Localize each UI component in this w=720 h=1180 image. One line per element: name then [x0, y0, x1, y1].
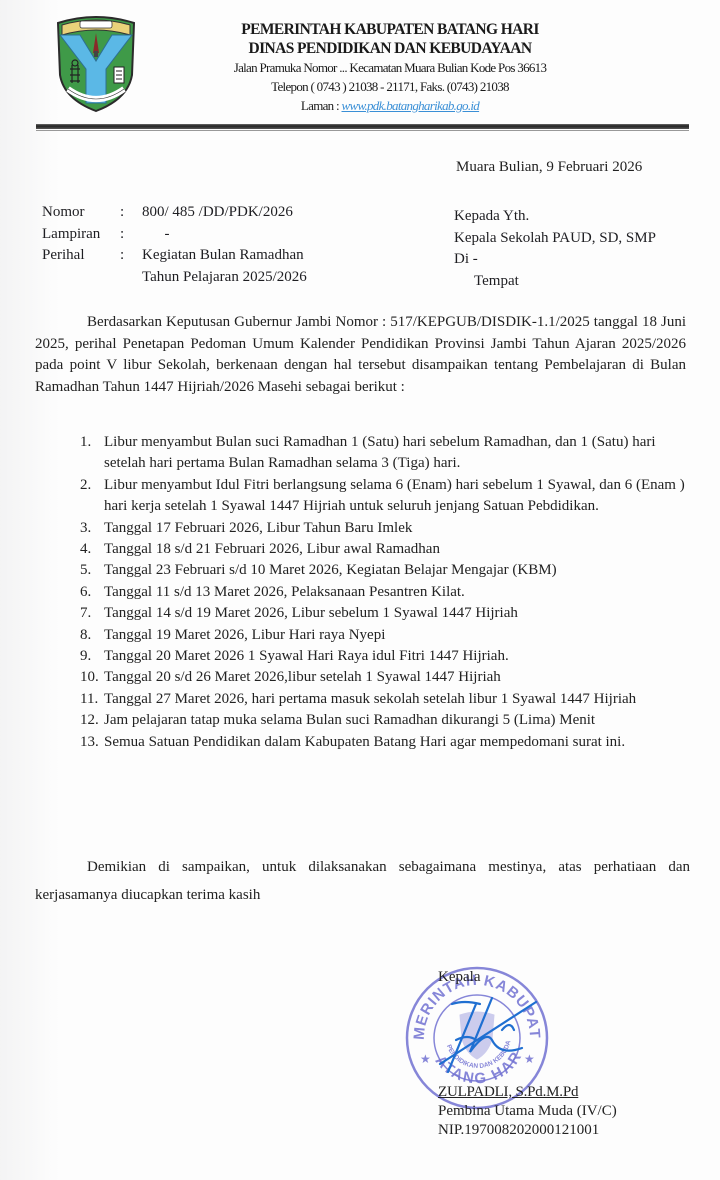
recipient-block: Kepada Yth. Kepala Sekolah PAUD, SD, SMP…: [454, 206, 656, 292]
list-item-number: 12.: [80, 710, 104, 731]
list-item-text: Libur menyambut Bulan suci Ramadhan 1 (S…: [104, 432, 686, 475]
list-item: 9.Tanggal 20 Maret 2026 1 Syawal Hari Ra…: [80, 646, 686, 667]
signatory-title: Kepala: [438, 967, 480, 987]
intro-paragraph: Berdasarkan Keputusan Gubernur Jambi Nom…: [35, 312, 686, 398]
list-item: 4.Tanggal 18 s/d 21 Februari 2026, Libur…: [80, 539, 686, 560]
meta-row-number: Nomor : 800/ 485 /DD/PDK/2026: [42, 202, 307, 224]
meta-row-subject: Perihal : Kegiatan Bulan Ramadhan: [42, 245, 307, 267]
list-item-text: Tanggal 19 Maret 2026, Libur Hari raya N…: [104, 625, 686, 646]
list-item: 5.Tanggal 23 Februari s/d 10 Maret 2026,…: [80, 560, 686, 581]
regency-coat-of-arms-icon: [50, 13, 142, 113]
letterhead-divider: [36, 124, 689, 129]
intro-text: Berdasarkan Keputusan Gubernur Jambi Nom…: [35, 312, 686, 398]
list-item: 6.Tanggal 11 s/d 13 Maret 2026, Pelaksan…: [80, 582, 686, 603]
list-item-number: 5.: [80, 560, 104, 581]
list-item-text: Libur menyambut Idul Fitri berlangsung s…: [104, 475, 686, 518]
signatory-nip: NIP.197008202000121001: [438, 1121, 617, 1140]
agency-website-line: Laman : www.pdk.batangharikab.go.id: [180, 96, 600, 115]
meta-label: Lampiran: [42, 224, 120, 246]
closing-paragraph: Demikian di sampaikan, untuk dilaksanaka…: [35, 853, 690, 909]
list-item-text: Jam pelajaran tatap muka selama Bulan su…: [104, 710, 686, 731]
meta-separator: :: [120, 202, 142, 224]
list-item: 11.Tanggal 27 Maret 2026, hari pertama m…: [80, 689, 686, 710]
list-item: 13.Semua Satuan Pendidikan dalam Kabupat…: [80, 732, 686, 753]
list-item-text: Tanggal 27 Maret 2026, hari pertama masu…: [104, 689, 686, 710]
agency-phone: Telepon ( 0743 ) 21038 - 21171, Faks. (0…: [180, 77, 600, 96]
list-item-number: 3.: [80, 518, 104, 539]
recipient-salutation: Kepada Yth.: [454, 206, 656, 228]
handwritten-signature-icon: [430, 990, 550, 1080]
meta-row-subject-cont: Tahun Pelajaran 2025/2026: [42, 267, 307, 289]
letterhead-divider-thin: [36, 130, 689, 131]
website-label: Laman :: [301, 98, 342, 113]
letterhead: PEMERINTAH KABUPATEN BATANG HARI DINAS P…: [180, 20, 600, 115]
scan-shadow: [0, 0, 60, 1180]
meta-label: Nomor: [42, 202, 120, 224]
list-item-number: 13.: [80, 732, 104, 753]
website-link[interactable]: www.pdk.batangharikab.go.id: [342, 98, 480, 113]
list-item-number: 9.: [80, 646, 104, 667]
list-item-number: 2.: [80, 475, 104, 518]
schedule-list: 1.Libur menyambut Bulan suci Ramadhan 1 …: [80, 432, 686, 753]
list-item-text: Tanggal 18 s/d 21 Februari 2026, Libur a…: [104, 539, 686, 560]
list-item: 12.Jam pelajaran tatap muka selama Bulan…: [80, 710, 686, 731]
list-item: 8.Tanggal 19 Maret 2026, Libur Hari raya…: [80, 625, 686, 646]
list-item: 1.Libur menyambut Bulan suci Ramadhan 1 …: [80, 432, 686, 475]
meta-row-attachment: Lampiran : -: [42, 224, 307, 246]
letter-metadata: Nomor : 800/ 485 /DD/PDK/2026 Lampiran :…: [42, 202, 307, 288]
list-item-text: Tanggal 14 s/d 19 Maret 2026, Libur sebe…: [104, 603, 686, 624]
recipient-name: Kepala Sekolah PAUD, SD, SMP: [454, 228, 656, 250]
meta-label: [42, 267, 120, 289]
list-item-number: 11.: [80, 689, 104, 710]
closing-text: Demikian di sampaikan, untuk dilaksanaka…: [35, 853, 690, 909]
meta-label: Perihal: [42, 245, 120, 267]
meta-separator: :: [120, 224, 142, 246]
recipient-location-prefix: Di -: [454, 249, 656, 271]
agency-name: DINAS PENDIDIKAN DAN KEBUDAYAAN: [180, 39, 600, 58]
signatory-block: ZULPADLI, S.Pd.M.Pd Pembina Utama Muda (…: [438, 1083, 617, 1140]
list-item-number: 4.: [80, 539, 104, 560]
list-item: 10.Tanggal 20 s/d 26 Maret 2026,libur se…: [80, 667, 686, 688]
list-item-text: Tanggal 20 s/d 26 Maret 2026,libur setel…: [104, 667, 686, 688]
list-item-number: 8.: [80, 625, 104, 646]
list-item-text: Tanggal 11 s/d 13 Maret 2026, Pelaksanaa…: [104, 582, 686, 603]
list-item: 7.Tanggal 14 s/d 19 Maret 2026, Libur se…: [80, 603, 686, 624]
list-item-text: Semua Satuan Pendidikan dalam Kabupaten …: [104, 732, 686, 753]
list-item-text: Tanggal 17 Februari 2026, Libur Tahun Ba…: [104, 518, 686, 539]
signatory-rank: Pembina Utama Muda (IV/C): [438, 1102, 617, 1121]
meta-separator: [120, 267, 142, 289]
meta-value: Kegiatan Bulan Ramadhan: [142, 245, 304, 267]
list-item: 3.Tanggal 17 Februari 2026, Libur Tahun …: [80, 518, 686, 539]
list-item-number: 10.: [80, 667, 104, 688]
place-and-date: Muara Bulian, 9 Februari 2026: [456, 157, 642, 177]
meta-value: -: [142, 224, 170, 246]
meta-separator: :: [120, 245, 142, 267]
list-item-number: 7.: [80, 603, 104, 624]
list-item-text: Tanggal 23 Februari s/d 10 Maret 2026, K…: [104, 560, 686, 581]
government-name: PEMERINTAH KABUPATEN BATANG HARI: [180, 20, 600, 39]
recipient-location: Tempat: [454, 271, 656, 293]
list-item: 2.Libur menyambut Idul Fitri berlangsung…: [80, 475, 686, 518]
signatory-name: ZULPADLI, S.Pd.M.Pd: [438, 1083, 617, 1102]
list-item-number: 6.: [80, 582, 104, 603]
meta-value: 800/ 485 /DD/PDK/2026: [142, 202, 293, 224]
agency-address: Jalan Pramuka Nomor ... Kecamatan Muara …: [180, 58, 600, 77]
meta-value: Tahun Pelajaran 2025/2026: [142, 267, 307, 289]
list-item-text: Tanggal 20 Maret 2026 1 Syawal Hari Raya…: [104, 646, 686, 667]
list-item-number: 1.: [80, 432, 104, 475]
